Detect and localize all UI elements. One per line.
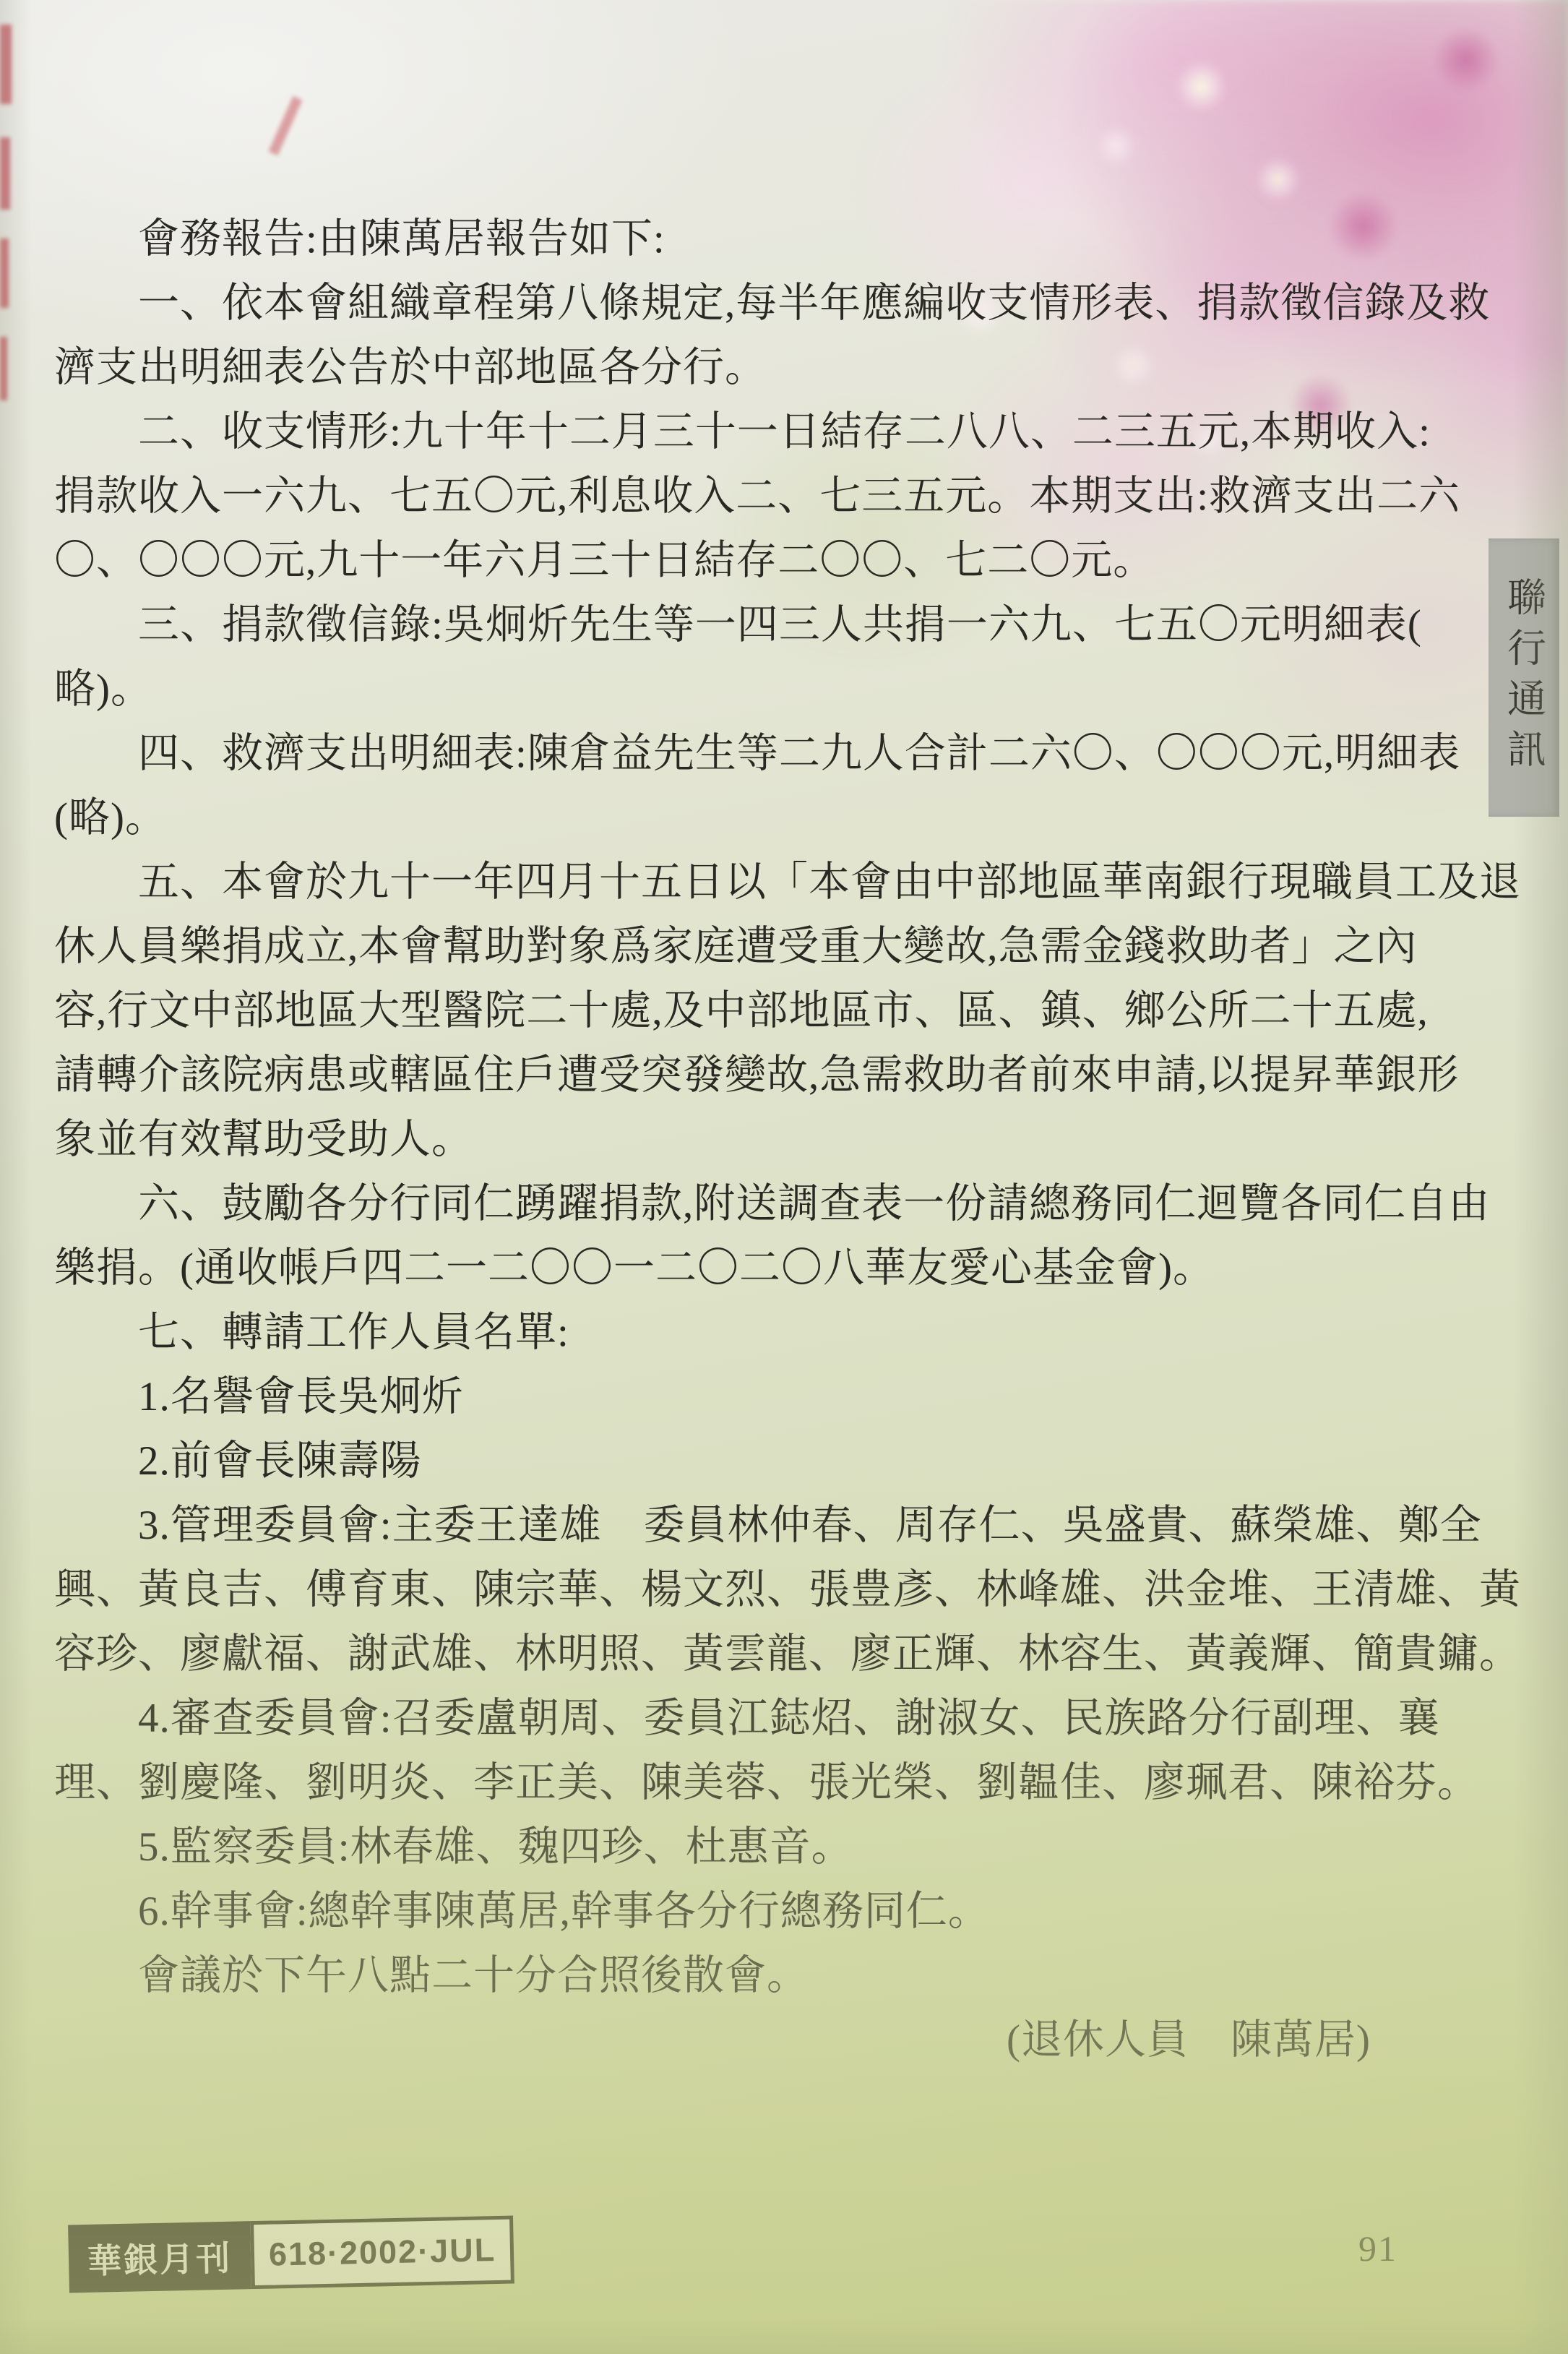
article-body: 會務報告:由陳萬居報告如下:一、依本會組織章程第八條規定,每半年應編收支情形表、… [54, 207, 1515, 2072]
text-line: 請轉介該院病患或轄區住戶遭受突發變故,急需救助者前來申請,以提昇華銀形 [54, 1043, 1515, 1107]
text-line: 〇、〇〇〇元,九十一年六月三十日結存二〇〇、七二〇元。 [54, 528, 1515, 593]
text-line: 樂捐。(通收帳戶四二一二〇〇一二〇二〇八華友愛心基金會)。 [54, 1236, 1515, 1300]
scan-artifact [0, 25, 12, 104]
text-line: 略)。 [54, 657, 1515, 721]
issue-number: 618·2002·JUL [250, 2216, 514, 2290]
section-tab: 聯行通訊 [1489, 538, 1559, 817]
section-tab-label: 聯行通訊 [1496, 577, 1552, 779]
text-line: 4.審查委員會:召委盧朝周、委員江鋕炤、謝淑女、民族路分行副理、襄 [54, 1686, 1515, 1751]
text-line: 捐款收入一六九、七五〇元,利息收入二、七三五元。本期支出:救濟支出二六 [54, 464, 1515, 528]
text-line: 1.名譽會長吳炯炘 [54, 1365, 1515, 1429]
text-line: (退休人員 陳萬居) [54, 2008, 1515, 2072]
text-line: 六、鼓勵各分行同仁踴躍捐款,附送調查表一份請總務同仁迴覽各同仁自由 [54, 1172, 1515, 1236]
text-line: 會務報告:由陳萬居報告如下: [54, 207, 1515, 271]
text-line: 2.前會長陳壽陽 [54, 1429, 1515, 1493]
text-line: 6.幹事會:總幹事陳萬居,幹事各分行總務同仁。 [54, 1879, 1515, 1943]
text-line: 3.管理委員會:主委王達雄 委員林仲春、周存仁、吳盛貴、蘇榮雄、鄭全 [54, 1493, 1515, 1558]
text-line: 會議於下午八點二十分合照後散會。 [54, 1943, 1515, 2008]
text-line: 興、黃良吉、傅育東、陳宗華、楊文烈、張豊彥、林峰雄、洪金堆、王清雄、黃 [54, 1558, 1515, 1622]
scan-artifact [0, 239, 9, 308]
text-line: 四、救濟支出明細表:陳倉益先生等二九人合計二六〇、〇〇〇元,明細表 [54, 721, 1515, 786]
text-line: 五、本會於九十一年四月十五日以「本會由中部地區華南銀行現職員工及退 [54, 850, 1515, 914]
text-line: 象並有效幫助受助人。 [54, 1107, 1515, 1172]
text-line: 容珍、廖獻福、謝武雄、林明照、黃雲龍、廖正輝、林容生、黃義輝、簡貴鏞。 [54, 1622, 1515, 1686]
text-line: 一、依本會組織章程第八條規定,每半年應編收支情形表、捐款徵信錄及救 [54, 271, 1515, 335]
magazine-page: 會務報告:由陳萬居報告如下:一、依本會組織章程第八條規定,每半年應編收支情形表、… [0, 0, 1568, 2354]
text-line: 濟支出明細表公告於中部地區各分行。 [54, 335, 1515, 400]
text-line: 二、收支情形:九十年十二月三十一日結存二八八、二三五元,本期收入: [54, 400, 1515, 464]
footer-logo: 華銀月刊 618·2002·JUL [68, 2216, 514, 2293]
scan-artifact [0, 137, 10, 210]
text-line: 休人員樂捐成立,本會幫助對象爲家庭遭受重大變故,急需金錢救助者」之內 [54, 914, 1515, 979]
scan-artifact [269, 96, 303, 155]
text-line: (略)。 [54, 786, 1515, 850]
text-line: 理、劉慶隆、劉明炎、李正美、陳美蓉、張光榮、劉韞佳、廖珮君、陳裕芬。 [54, 1751, 1515, 1815]
magazine-brand: 華銀月刊 [68, 2221, 251, 2293]
text-line: 七、轉請工作人員名單: [54, 1300, 1515, 1365]
scan-artifact [0, 337, 7, 400]
page-number: 91 [1358, 2228, 1397, 2269]
text-line: 三、捐款徵信錄:吳炯炘先生等一四三人共捐一六九、七五〇元明細表( [54, 593, 1515, 657]
text-line: 容,行文中部地區大型醫院二十處,及中部地區市、區、鎮、鄉公所二十五處, [54, 979, 1515, 1043]
text-line: 5.監察委員:林春雄、魏四珍、杜惠音。 [54, 1815, 1515, 1879]
